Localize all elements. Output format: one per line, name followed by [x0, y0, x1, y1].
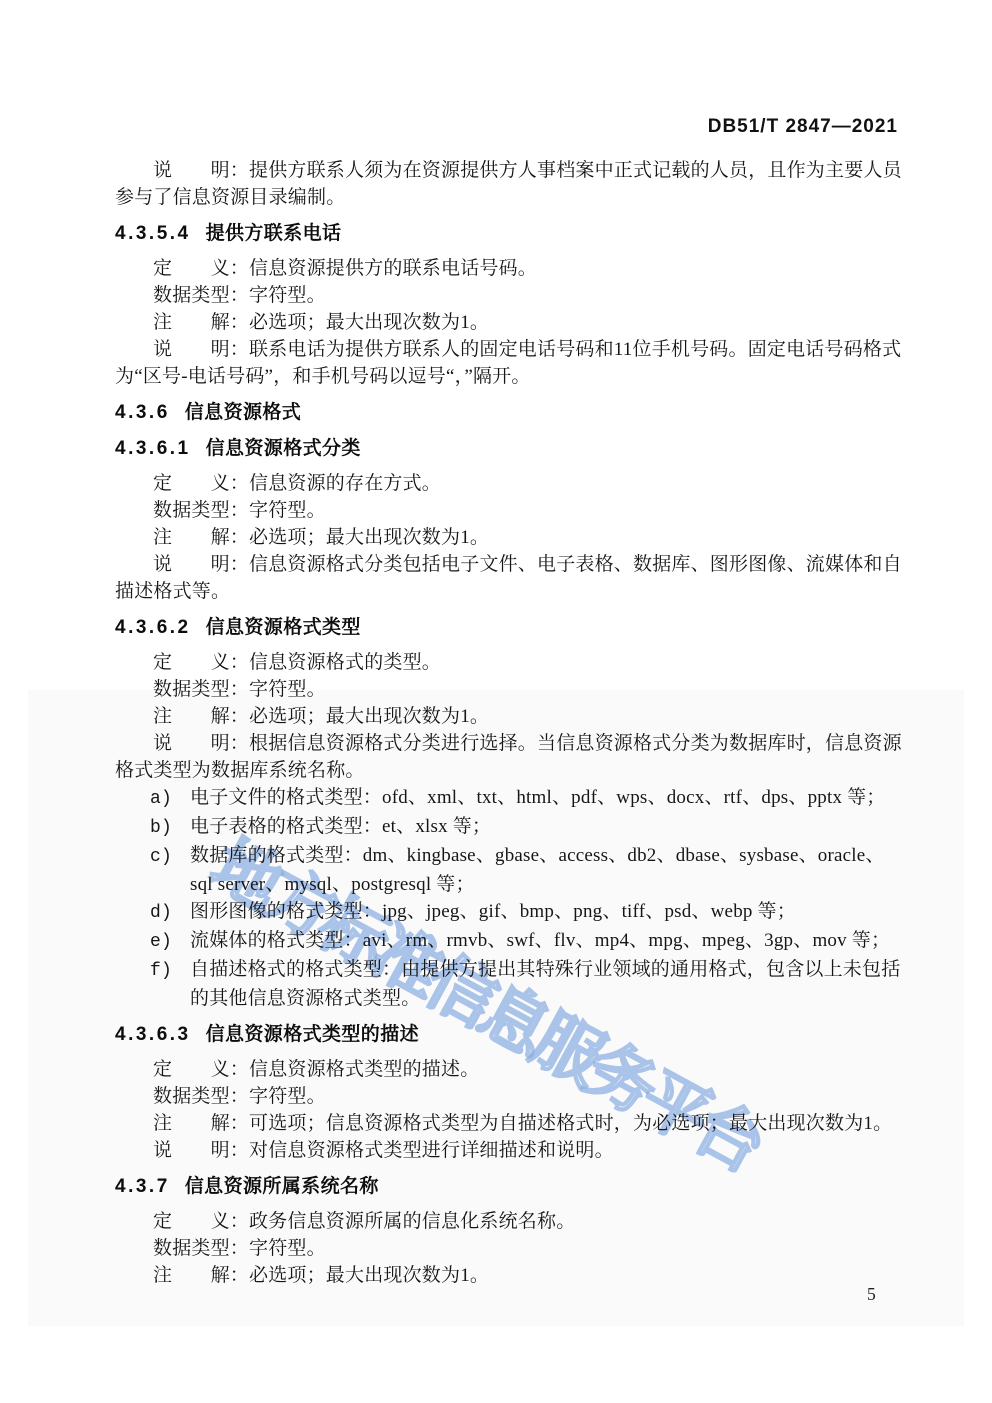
paragraph: 注 解：必选项；最大出现次数为1。 [115, 309, 902, 336]
paragraph: 数据类型：字符型。 [115, 1235, 902, 1262]
section-heading-number: 4.3.6.1 [115, 438, 191, 459]
paragraph: 定 义：信息资源的存在方式。 [115, 470, 902, 497]
section-heading-number: 4.3.6 [115, 402, 170, 423]
section-heading: 4.3.7信息资源所属系统名称 [115, 1173, 902, 1200]
paragraph: 数据类型：字符型。 [115, 1083, 902, 1110]
paragraph: 说 明：联系电话为提供方联系人的固定电话号码和11位手机号码。固定电话号码格式为… [115, 336, 902, 390]
document-body: 说 明：提供方联系人须为在资源提供方人事档案中正式记载的人员，且作为主要人员参与… [115, 157, 902, 1289]
document-code-header: DB51/T 2847—2021 [708, 116, 898, 138]
paragraph: 数据类型：字符型。 [115, 282, 902, 309]
list-item: a)电子文件的格式类型：ofd、xml、txt、html、pdf、wps、doc… [190, 784, 902, 813]
paragraph: 定 义：信息资源格式的类型。 [115, 649, 902, 676]
paragraph: 说 明：对信息资源格式类型进行详细描述和说明。 [115, 1137, 902, 1164]
list-item-marker: b) [150, 815, 190, 842]
list-item: d)图形图像的格式类型：jpg、jpeg、gif、bmp、png、tiff、ps… [190, 898, 902, 927]
list-item-marker: d) [150, 900, 190, 927]
list-item: f)自描述格式的格式类型：由提供方提出其特殊行业领域的通用格式，包含以上未包括的… [190, 956, 902, 1012]
paragraph: 定 义：政务信息资源所属的信息化系统名称。 [115, 1208, 902, 1235]
list-item-text: 图形图像的格式类型：jpg、jpeg、gif、bmp、png、tiff、psd、… [190, 901, 796, 922]
section-heading-number: 4.3.5.4 [115, 223, 191, 244]
section-heading-title: 信息资源格式类型的描述 [206, 1024, 419, 1045]
section-heading: 4.3.6.1信息资源格式分类 [115, 435, 902, 462]
list-item-text: 自描述格式的格式类型：由提供方提出其特殊行业领域的通用格式，包含以上未包括的其他… [190, 959, 900, 1009]
section-heading: 4.3.6.2信息资源格式类型 [115, 614, 902, 641]
section-heading: 4.3.6.3信息资源格式类型的描述 [115, 1021, 902, 1048]
section-heading-title: 信息资源所属系统名称 [185, 1176, 379, 1197]
list-item-text: 电子文件的格式类型：ofd、xml、txt、html、pdf、wps、docx、… [190, 787, 886, 808]
section-heading: 4.3.6信息资源格式 [115, 399, 902, 426]
paragraph: 说 明：根据信息资源格式分类进行选择。当信息资源格式分类为数据库时，信息资源格式… [115, 730, 902, 784]
paragraph: 注 解：必选项；最大出现次数为1。 [115, 524, 902, 551]
section-heading-number: 4.3.6.2 [115, 617, 191, 638]
section-heading-title: 信息资源格式 [185, 402, 301, 423]
section-heading-title: 信息资源格式类型 [206, 617, 361, 638]
paragraph: 注 解：可选项；信息资源格式类型为自描述格式时，为必选项；最大出现次数为1。 [115, 1110, 902, 1137]
list-item-text: 数据库的格式类型：dm、kingbase、gbase、access、db2、db… [190, 845, 885, 895]
document-page: { "document": { "header": "DB51/T 2847—2… [0, 0, 992, 1403]
paragraph: 定 义：信息资源提供方的联系电话号码。 [115, 255, 902, 282]
list-item: b)电子表格的格式类型：et、xlsx 等； [190, 813, 902, 842]
paragraph: 数据类型：字符型。 [115, 497, 902, 524]
section-heading-number: 4.3.6.3 [115, 1024, 191, 1045]
section-heading-title: 提供方联系电话 [206, 223, 342, 244]
paragraph: 注 解：必选项；最大出现次数为1。 [115, 1262, 902, 1289]
list-item-text: 电子表格的格式类型：et、xlsx 等； [190, 816, 491, 837]
section-heading-number: 4.3.7 [115, 1176, 170, 1197]
list-item-marker: e) [150, 929, 190, 956]
paragraph: 定 义：信息资源格式类型的描述。 [115, 1056, 902, 1083]
paragraph: 说 明：信息资源格式分类包括电子文件、电子表格、数据库、图形图像、流媒体和自描述… [115, 551, 902, 605]
list-item: c)数据库的格式类型：dm、kingbase、gbase、access、db2、… [190, 842, 902, 898]
paragraph: 说 明：提供方联系人须为在资源提供方人事档案中正式记载的人员，且作为主要人员参与… [115, 157, 902, 211]
list-item-marker: a) [150, 786, 190, 813]
list-item-text: 流媒体的格式类型：avi、rm、rmvb、swf、flv、mp4、mpg、mpe… [190, 930, 890, 951]
list-item: e)流媒体的格式类型：avi、rm、rmvb、swf、flv、mp4、mpg、m… [190, 927, 902, 956]
page-number: 5 [867, 1284, 876, 1305]
list-item-marker: c) [150, 844, 190, 871]
paragraph: 数据类型：字符型。 [115, 676, 902, 703]
list-item-marker: f) [150, 958, 190, 985]
paragraph: 注 解：必选项；最大出现次数为1。 [115, 703, 902, 730]
section-heading: 4.3.5.4提供方联系电话 [115, 220, 902, 247]
section-heading-title: 信息资源格式分类 [206, 438, 361, 459]
